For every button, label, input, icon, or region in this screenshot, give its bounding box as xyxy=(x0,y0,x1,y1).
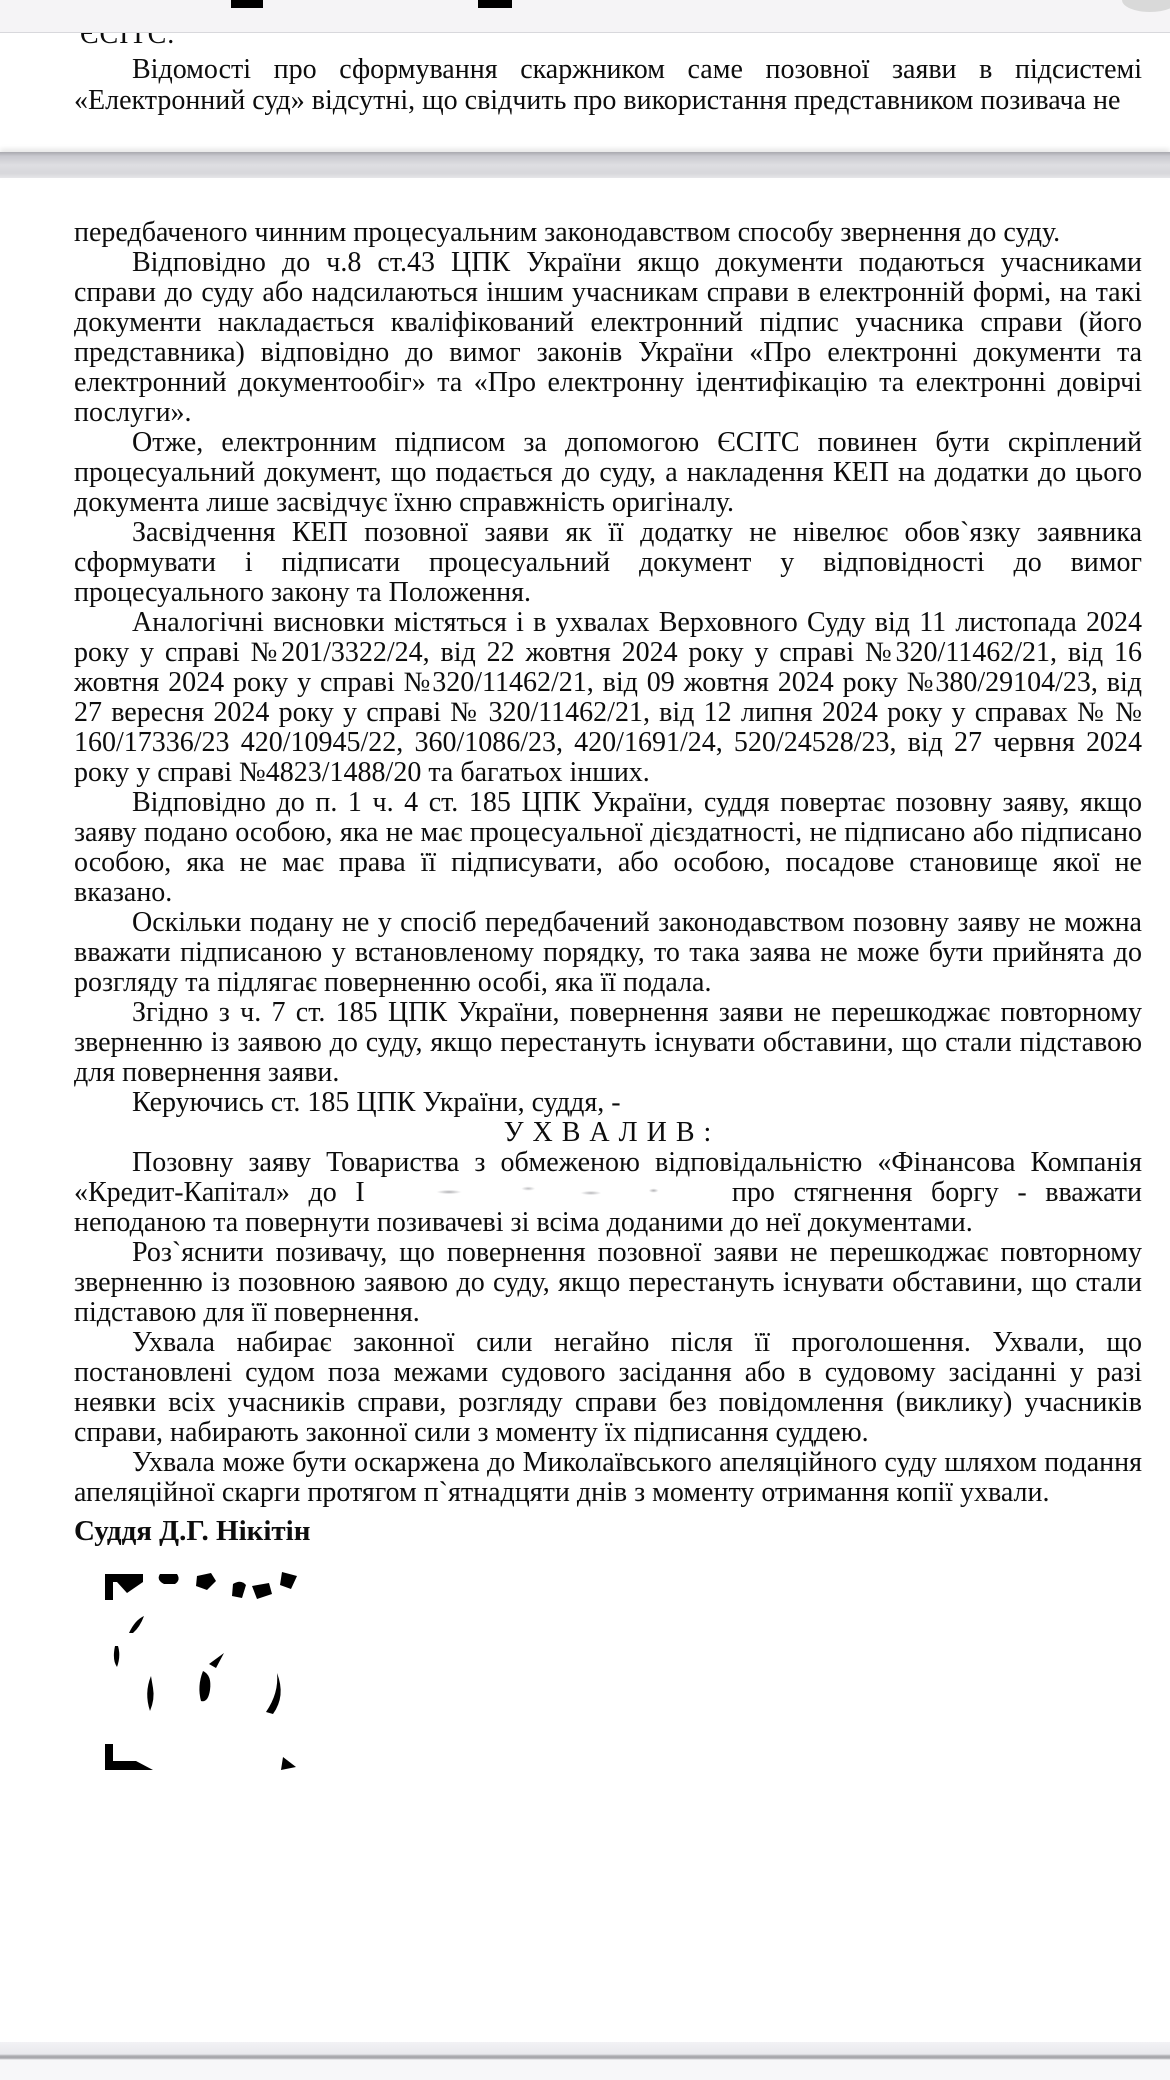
paragraph: Відповідно до ч.8 ст.43 ЦПК України якщо… xyxy=(74,248,1142,428)
paragraph: Засвідчення КЕП позовної заяви як її дод… xyxy=(74,518,1142,608)
paragraph: Керуючись ст. 185 ЦПК України, суддя, - xyxy=(74,1088,1142,1118)
scroll-pill-icon xyxy=(1122,0,1170,12)
paragraph: Згідно з ч. 7 ст. 185 ЦПК України, повер… xyxy=(74,998,1142,1088)
signature-stamp-icon xyxy=(105,1572,305,1774)
redaction-bar-icon xyxy=(478,0,512,8)
paragraph: Отже, електронним підписом за допомогою … xyxy=(74,428,1142,518)
redaction-bar-icon xyxy=(231,0,263,8)
signature-stamp-image xyxy=(105,1572,305,1774)
bottom-bar xyxy=(0,2042,1170,2080)
paragraph: Роз`яснити позивачу, що повернення позов… xyxy=(74,1238,1142,1328)
paragraph: Відповідно до п. 1 ч. 4 ст. 185 ЦПК Укра… xyxy=(74,788,1142,908)
ruling-paragraph: Позовну заяву Товариства з обмеженою від… xyxy=(74,1148,1142,1238)
decided-heading: У Х В А Л И В : xyxy=(74,1118,1142,1148)
page-separator xyxy=(0,152,1170,178)
document-viewer[interactable]: ЄСІТС. Відомості про сформування скаржни… xyxy=(0,0,1170,2080)
top-strip xyxy=(0,0,1170,33)
paragraph: передбаченого чинним процесуальним закон… xyxy=(74,218,1142,248)
paragraph: Оскільки подану не у спосіб передбачений… xyxy=(74,908,1142,998)
page1-paragraph: Відомості про сформування скаржником сам… xyxy=(74,54,1142,116)
document-body: передбаченого чинним процесуальним закон… xyxy=(74,218,1142,1774)
paragraph: Аналогічні висновки містяться і в ухвала… xyxy=(74,608,1142,788)
judge-signature-line: Суддя Д.Г. Нікітін xyxy=(74,1516,1142,1546)
redacted-name xyxy=(383,1181,713,1201)
paragraph: Ухвала набирає законної сили негайно піс… xyxy=(74,1328,1142,1448)
paragraph: Ухвала може бути оскаржена до Миколаївсь… xyxy=(74,1448,1142,1508)
